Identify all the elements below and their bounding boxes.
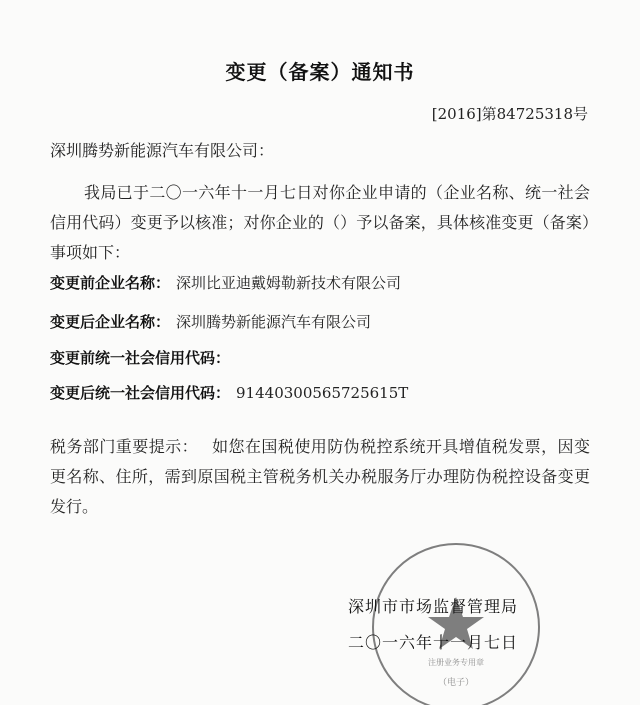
field-value: 91440300565725615T [236, 384, 408, 402]
issuing-authority: 深圳市市场监督管理局 [348, 594, 518, 617]
field-label: 变更前企业名称： [50, 274, 170, 292]
document-title: 变更（备案）通知书 [0, 56, 640, 85]
tax-notice-label: 税务部门重要提示： [50, 437, 198, 456]
field-value: 深圳腾势新能源汽车有限公司 [176, 313, 371, 331]
notice-document: 变更（备案）通知书 [2016]第84725318号 深圳腾势新能源汽车有限公司… [0, 0, 640, 705]
field-label: 变更前统一社会信用代码： [50, 349, 230, 367]
issue-date: 二〇一六年十一月七日 [348, 630, 518, 653]
field-label: 变更后统一社会信用代码： [50, 384, 230, 402]
tax-notice: 税务部门重要提示：如您在国税使用防伪税控系统开具增值税发票，因变更名称、住所，需… [50, 432, 590, 522]
field-new-credit-code: 变更后统一社会信用代码：91440300565725615T [50, 382, 408, 403]
document-number: [2016]第84725318号 [432, 103, 588, 124]
seal-subtext: 注册业务专用章 [374, 657, 538, 668]
official-seal: 注册业务专用章 （电子） [372, 543, 540, 705]
addressee: 深圳腾势新能源汽车有限公司： [50, 138, 274, 161]
field-value: 深圳比亚迪戴姆勒新技术有限公司 [176, 274, 401, 292]
field-new-name: 变更后企业名称：深圳腾势新能源汽车有限公司 [50, 311, 371, 332]
field-label: 变更后企业名称： [50, 313, 170, 331]
field-old-credit-code: 变更前统一社会信用代码： [50, 347, 236, 368]
seal-electronic-label: （电子） [374, 675, 538, 688]
field-old-name: 变更前企业名称：深圳比亚迪戴姆勒新技术有限公司 [50, 272, 401, 293]
body-paragraph: 我局已于二〇一六年十一月七日对你企业申请的（企业名称、统一社会信用代码）变更予以… [50, 178, 590, 268]
